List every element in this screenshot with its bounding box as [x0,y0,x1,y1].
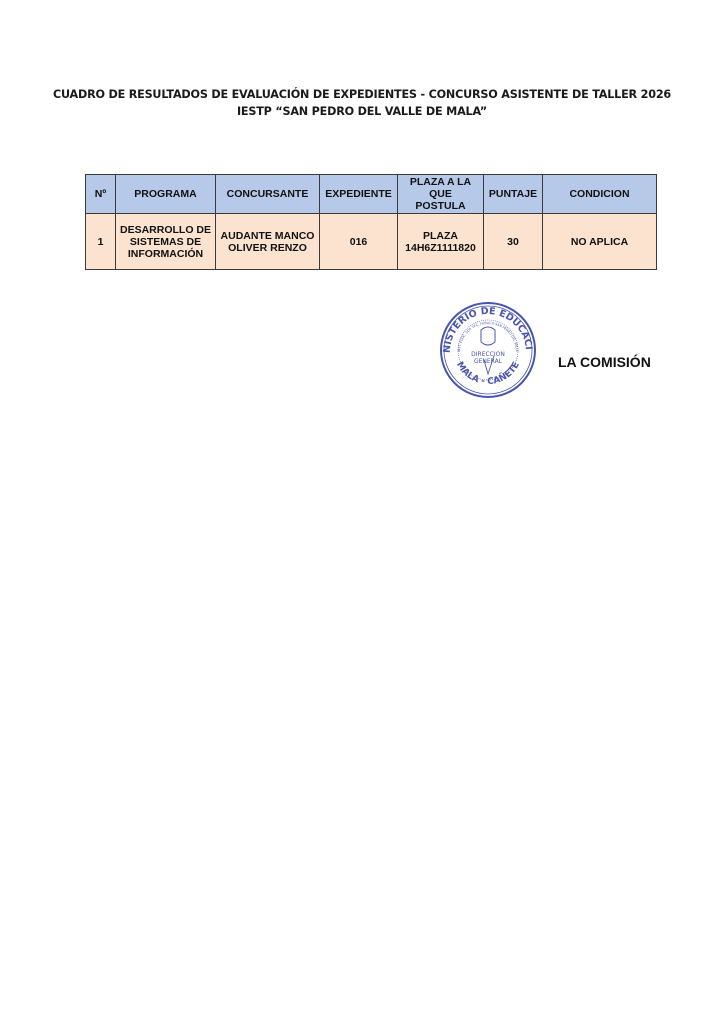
results-table: Nº PROGRAMA CONCURSANTE EXPEDIENTE PLAZA… [85,174,657,270]
header-plaza: PLAZA A LA QUE POSTULA [398,175,484,214]
document-title: CUADRO DE RESULTADOS DE EVALUACIÓN DE EX… [0,86,724,120]
svg-text:GENERAL: GENERAL [474,358,503,365]
table-row: 1 DESARROLLO DE SISTEMAS DE INFORMACIÓN … [86,214,657,270]
svg-text:MINISTERIO DE EDUCACION: MINISTERIO DE EDUCACION [436,300,534,353]
commission-signature-label: LA COMISIÓN [558,354,651,370]
svg-text:INST. EDUC. SUP. TEC. PUBLICO: INST. EDUC. SUP. TEC. PUBLICO SAN PEDRO … [457,321,519,352]
cell-num: 1 [86,214,116,270]
cell-programa: DESARROLLO DE SISTEMAS DE INFORMACIÓN [116,214,216,270]
cell-condicion: NO APLICA [543,214,657,270]
svg-text:DIRECCION: DIRECCION [471,351,505,358]
cell-plaza: PLAZA 14H6Z1111820 [398,214,484,270]
title-line-2: IESTP “SAN PEDRO DEL VALLE DE MALA” [0,103,724,120]
header-programa: PROGRAMA [116,175,216,214]
table-header-row: Nº PROGRAMA CONCURSANTE EXPEDIENTE PLAZA… [86,175,657,214]
header-expediente: EXPEDIENTE [320,175,398,214]
cell-puntaje: 30 [484,214,543,270]
header-puntaje: PUNTAJE [484,175,543,214]
cell-expediente: 016 [320,214,398,270]
header-concursante: CONCURSANTE [216,175,320,214]
title-line-1: CUADRO DE RESULTADOS DE EVALUACIÓN DE EX… [0,86,724,103]
header-condicion: CONDICION [543,175,657,214]
cell-concursante: AUDANTE MANCO OLIVER RENZO [216,214,320,270]
official-stamp-icon: MINISTERIO DE EDUCACION MALA - CAÑETE IN… [436,300,540,400]
header-num: Nº [86,175,116,214]
